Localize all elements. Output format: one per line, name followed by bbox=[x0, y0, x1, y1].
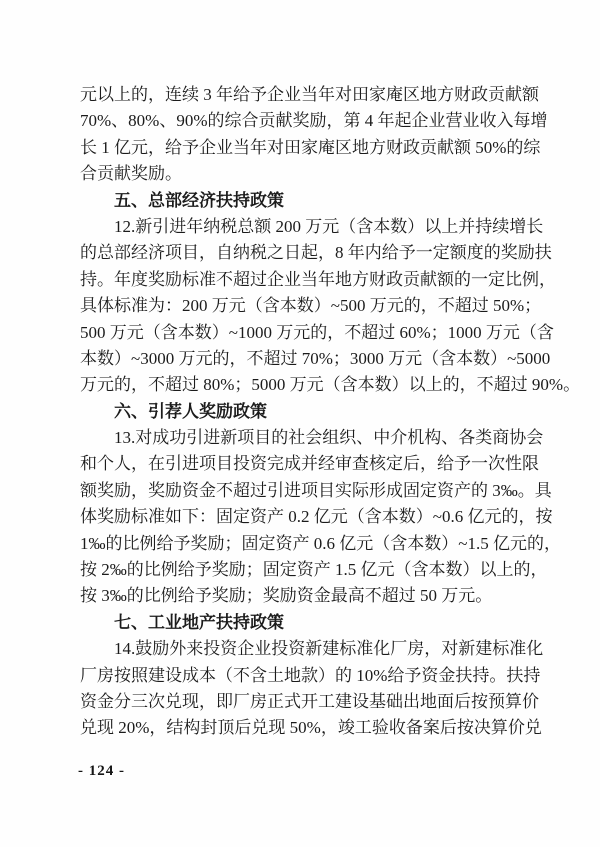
body-line: 按 3‰的比例给予奖励；奖励资金最高不超过 50 万元。 bbox=[80, 583, 524, 609]
body-line: 体奖励标准如下：固定资产 0.2 亿元（含本数）~0.6 亿元的，按 bbox=[80, 504, 524, 530]
body-line: 持。年度奖励标准不超过企业当年地方财政贡献额的一定比例， bbox=[80, 267, 524, 293]
section-heading: 六、引荐人奖励政策 bbox=[80, 399, 524, 425]
body-line: 14.鼓励外来投资企业投资新建标准化厂房，对新建标准化 bbox=[80, 636, 524, 662]
body-line: 额奖励，奖励资金不超过引进项目实际形成固定资产的 3‰。具 bbox=[80, 478, 524, 504]
body-line: 70%、80%、90%的综合贡献奖励，第 4 年起企业营业收入每增 bbox=[80, 108, 524, 134]
section-heading: 七、工业地产扶持政策 bbox=[80, 610, 524, 636]
body-line: 资金分三次兑现，即厂房正式开工建设基础出地面后按预算价 bbox=[80, 689, 524, 715]
section-heading: 五、总部经济扶持政策 bbox=[80, 188, 524, 214]
body-line: 万元的，不超过 80%；5000 万元（含本数）以上的，不超过 90%。 bbox=[80, 372, 524, 398]
body-line: 的总部经济项目，自纳税之日起，8 年内给予一定额度的奖励扶 bbox=[80, 240, 524, 266]
body-line: 1‰的比例给予奖励；固定资产 0.6 亿元（含本数）~1.5 亿元的， bbox=[80, 531, 524, 557]
body-line: 本数）~3000 万元的，不超过 70%；3000 万元（含本数）~5000 bbox=[80, 346, 524, 372]
body-line: 13.对成功引进新项目的社会组织、中介机构、各类商协会 bbox=[80, 425, 524, 451]
body-line: 元以上的，连续 3 年给予企业当年对田家庵区地方财政贡献额 bbox=[80, 82, 524, 108]
document-body: 元以上的，连续 3 年给予企业当年对田家庵区地方财政贡献额70%、80%、90%… bbox=[80, 82, 524, 742]
body-line: 长 1 亿元，给予企业当年对田家庵区地方财政贡献额 50%的综 bbox=[80, 135, 524, 161]
body-line: 12.新引进年纳税总额 200 万元（含本数）以上并持续增长 bbox=[80, 214, 524, 240]
document-page: 元以上的，连续 3 年给予企业当年对田家庵区地方财政贡献额70%、80%、90%… bbox=[0, 0, 600, 847]
body-line: 兑现 20%，结构封顶后兑现 50%，竣工验收备案后按决算价兑 bbox=[80, 715, 524, 741]
body-line: 合贡献奖励。 bbox=[80, 161, 524, 187]
body-line: 具体标准为：200 万元（含本数）~500 万元的，不超过 50%； bbox=[80, 293, 524, 319]
body-line: 和个人，在引进项目投资完成并经审查核定后，给予一次性限 bbox=[80, 451, 524, 477]
body-line: 500 万元（含本数）~1000 万元的，不超过 60%；1000 万元（含 bbox=[80, 320, 524, 346]
page-number: - 124 - bbox=[78, 763, 125, 780]
body-line: 按 2‰的比例给予奖励；固定资产 1.5 亿元（含本数）以上的， bbox=[80, 557, 524, 583]
body-line: 厂房按照建设成本（不含土地款）的 10%给予资金扶持。扶持 bbox=[80, 663, 524, 689]
